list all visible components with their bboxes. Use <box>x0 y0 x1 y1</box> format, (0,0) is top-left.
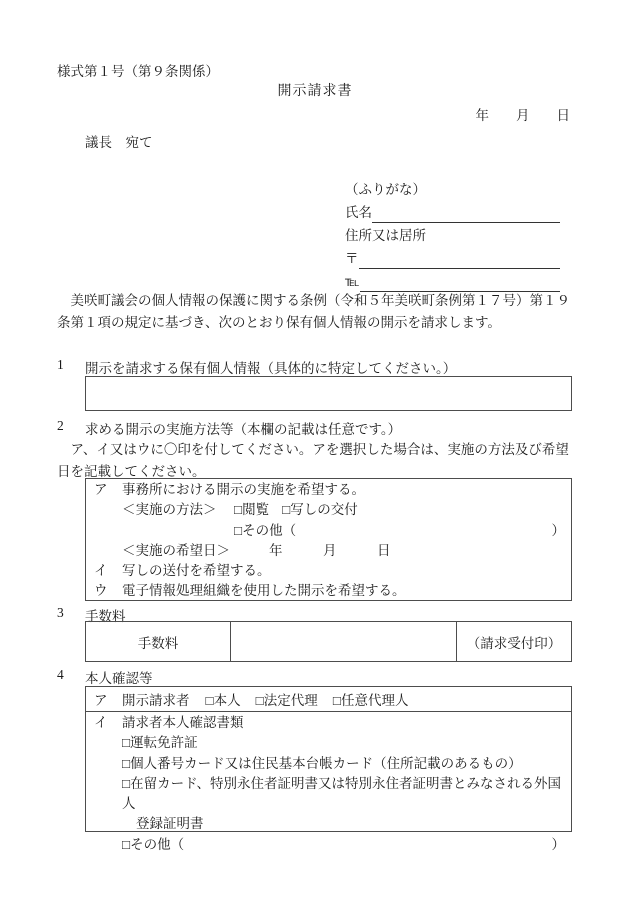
section1-title: 開示を請求する保有個人情報（具体的に特定してください。） <box>85 357 456 377</box>
checkbox-drivers-license[interactable]: □運転免許証 <box>122 733 198 753</box>
section3-number: 3 <box>57 605 85 625</box>
checkbox-document-other[interactable]: □その他（ <box>122 835 184 855</box>
fee-amount-input[interactable] <box>231 622 457 661</box>
section2-number: 2 <box>57 418 85 438</box>
name-label: 氏名 <box>345 203 372 223</box>
disclosure-method-box: ア 事務所における開示の実施を希望する。 ＜実施の方法＞ □閲覧 □写しの交付 … <box>85 478 572 601</box>
applicant-block: （ふりがな） 氏名 住所又は居所 〒 ℡ <box>345 177 560 292</box>
document-other-input[interactable] <box>184 835 551 855</box>
requester-type-row: ア 開示請求者 □本人 □法定代理 □任意代理人 <box>86 687 571 712</box>
receipt-stamp-cell: （請求受付印） <box>457 622 571 661</box>
intro-paragraph: 美咲町議会の個人情報の保護に関する条例（令和５年美咲町条例第１７号）第１９ 条第… <box>57 290 574 333</box>
checkbox-voluntary-representative[interactable]: □任意代理人 <box>333 689 409 709</box>
section4-heading: 4 本人確認等 <box>57 667 574 687</box>
desired-date-label: ＜実施の希望日＞ <box>122 541 269 561</box>
date-field[interactable]: 年 月 日 <box>476 104 571 124</box>
address-label: 住所又は居所 <box>345 223 560 246</box>
page-title: 開示請求書 <box>0 80 630 100</box>
section1-number: 1 <box>57 357 85 377</box>
documents-heading-row: イ 請求者本人確認書類 <box>94 713 565 733</box>
section4-title: 本人確認等 <box>85 667 153 687</box>
section2-title: 求める開示の実施方法等（本欄の記載は任意です。） <box>85 418 401 438</box>
residence-card-continuation: 登録証明書 <box>136 814 204 834</box>
option-c-label: 電子情報処理組織を使用した開示を希望する。 <box>122 581 406 601</box>
option-b-row[interactable]: イ 写しの送付を希望する。 <box>94 561 565 581</box>
checkbox-copy-delivery[interactable]: □写しの交付 <box>282 500 358 520</box>
documents-label: 請求者本人確認書類 <box>122 713 244 733</box>
tel-icon: ℡ <box>345 272 360 292</box>
method-label: ＜実施の方法＞ <box>122 500 234 520</box>
checkbox-residence-card[interactable]: □在留カード、特別永住者証明書又は特別永住者証明書とみなされる外国人 <box>122 774 565 815</box>
option-b-prefix: イ <box>94 561 122 581</box>
checkbox-view[interactable]: □閲覧 <box>234 500 269 520</box>
postal-mark-icon: 〒 <box>345 249 359 269</box>
fee-table: 手数料 （請求受付印） <box>85 621 572 662</box>
section4-number: 4 <box>57 667 85 687</box>
form-number: 様式第１号（第９条関係） <box>57 60 219 80</box>
document-other-close-paren: ） <box>552 835 566 855</box>
section2-heading: 2 求める開示の実施方法等（本欄の記載は任意です。） <box>57 418 574 438</box>
option-c-row[interactable]: ウ 電子情報処理組織を使用した開示を希望する。 <box>94 581 565 601</box>
checkbox-legal-representative[interactable]: □法定代理 <box>256 689 318 709</box>
option-c-prefix: ウ <box>94 581 122 601</box>
section2-note: ア、イ又はウに〇印を付してください。アを選択した場合は、実施の方法及び希望 日を… <box>57 439 574 482</box>
desired-date-field[interactable]: 年 月 日 <box>269 541 391 561</box>
identity-documents-rows: イ 請求者本人確認書類 □運転免許証 □個人番号カード又は住民基本台帳カード（住… <box>86 712 571 855</box>
addressee-label: 議長 宛て <box>85 131 153 151</box>
requester-label: 開示請求者 <box>122 689 190 709</box>
requested-info-input[interactable] <box>85 376 572 411</box>
option-a-label: 事務所における開示の実施を希望する。 <box>122 480 365 500</box>
identity-verification-box: ア 開示請求者 □本人 □法定代理 □任意代理人 イ 請求者本人確認書類 □運転… <box>85 686 572 832</box>
fee-label-cell: 手数料 <box>86 622 231 661</box>
row-a-prefix: ア <box>94 689 122 709</box>
checkbox-self[interactable]: □本人 <box>206 689 241 709</box>
section1-heading: 1 開示を請求する保有個人情報（具体的に特定してください。） <box>57 357 574 377</box>
row-b-prefix: イ <box>94 713 122 733</box>
name-field[interactable] <box>372 202 560 223</box>
furigana-label: （ふりがな） <box>345 177 560 200</box>
disclosure-request-form: 様式第１号（第９条関係） 開示請求書 年 月 日 議長 宛て （ふりがな） 氏名… <box>0 0 630 903</box>
option-a-prefix: ア <box>94 480 122 500</box>
checkbox-mynumber-card[interactable]: □個人番号カード又は住民基本台帳カード（住所記載のあるもの） <box>122 754 522 774</box>
postal-address-field[interactable] <box>359 248 561 269</box>
tel-field[interactable] <box>360 271 560 292</box>
option-a-row[interactable]: ア 事務所における開示の実施を希望する。 <box>94 480 565 500</box>
option-b-label: 写しの送付を希望する。 <box>122 561 271 581</box>
method-other-input[interactable] <box>296 521 551 541</box>
checkbox-method-other[interactable]: □その他（ <box>234 521 296 541</box>
method-other-close-paren: ） <box>552 521 566 541</box>
